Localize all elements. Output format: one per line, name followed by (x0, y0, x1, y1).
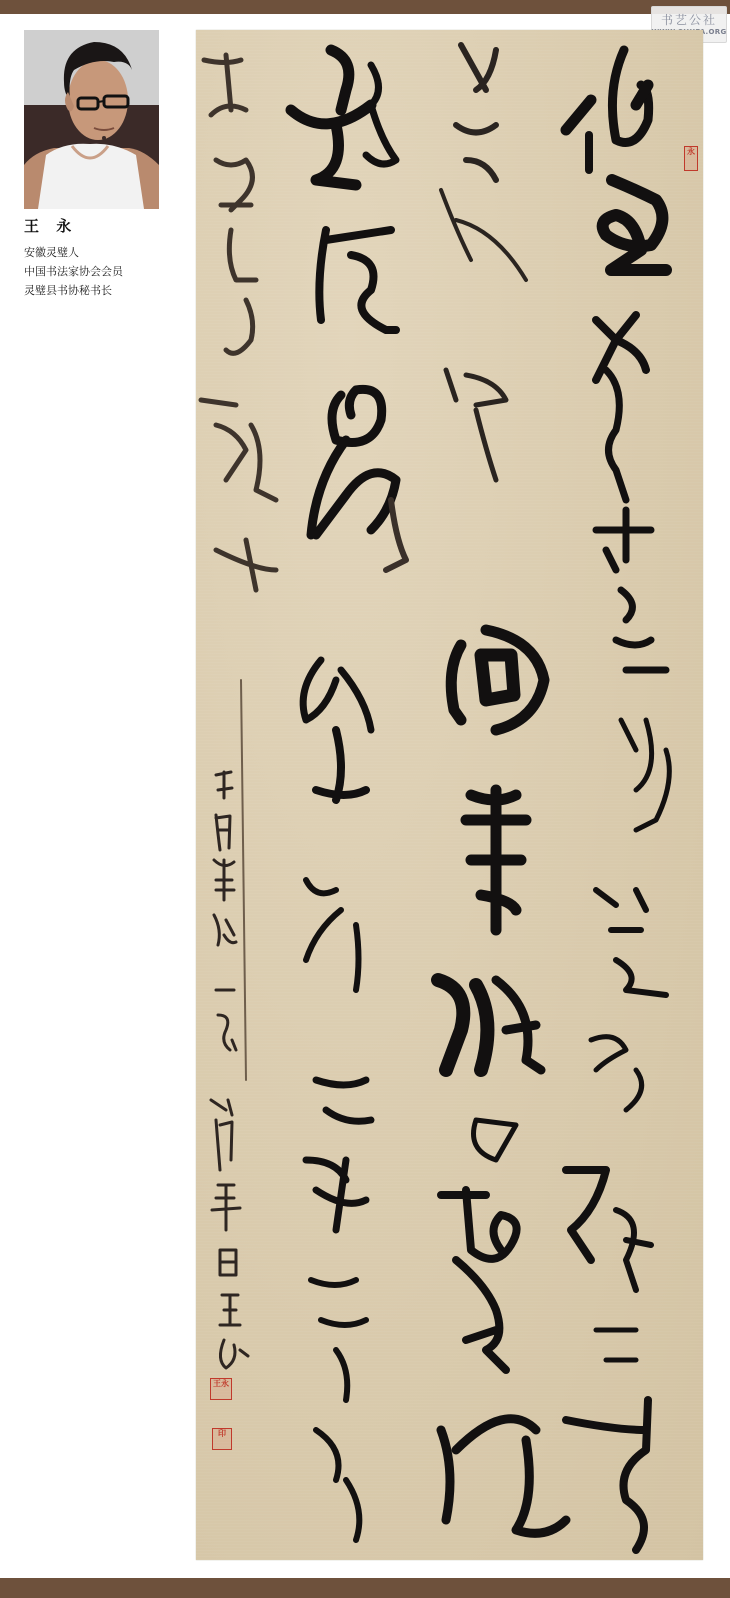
bio-line-origin: 安徽灵璧人 (24, 243, 123, 262)
bottom-frame-bar (0, 1578, 730, 1598)
seal-signature-upper: 王永 (210, 1378, 232, 1400)
column-3-strokes (291, 50, 406, 1540)
artist-photo (24, 30, 159, 209)
column-2-strokes (441, 45, 526, 480)
watermark-logo: 书艺公社 (661, 13, 717, 27)
artist-bio: 安徽灵璧人 中国书法家协会会员 灵璧县书协秘书长 (24, 243, 123, 300)
bio-line-position: 灵璧县书协秘书长 (24, 281, 123, 300)
calligraphy-scroll: 永 王永 印 (196, 30, 703, 1560)
seal-signature-lower: 印 (212, 1428, 232, 1450)
seal-top-right: 永 (684, 146, 698, 171)
seal-text: 王永 (211, 1379, 231, 1388)
artist-name: 王 永 (24, 215, 77, 236)
column-4-strokes (201, 55, 276, 1080)
bio-line-association: 中国书法家协会会员 (24, 262, 123, 281)
seal-text: 印 (213, 1429, 231, 1438)
column-2-bold-strokes (438, 630, 566, 1533)
column-1-strokes (566, 50, 669, 1550)
seal-text: 永 (685, 147, 697, 156)
top-frame-bar (0, 0, 730, 14)
calligraphy-strokes (196, 30, 703, 1560)
